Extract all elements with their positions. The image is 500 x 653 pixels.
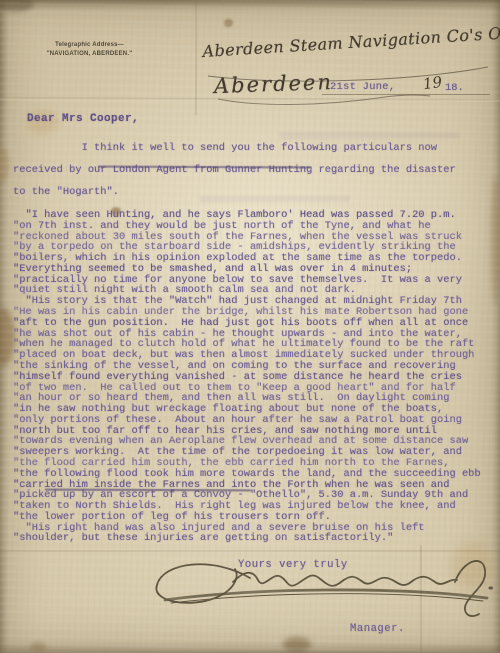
typed-line: "the following flood took him more towar… [13,469,481,480]
letterhead-flourish [196,32,496,110]
typed-line: "aft to the gun position. He had just go… [13,318,481,329]
telegraphic-address-value: "NAVIGATION, ABERDEEN." [27,50,152,59]
typed-line: to the "Hogarth". [13,181,456,203]
typed-line: "only portions of these. About an hour a… [13,415,481,426]
telegraphic-address-label: Telegraphic Address— [27,41,152,50]
typed-line: "the flood carried him south, the ebb ca… [13,458,481,469]
typed-line: I think it well to send you the followin… [13,137,456,159]
letter-page: Telegraphic Address— "NAVIGATION, ABERDE… [0,0,500,653]
typed-line: "when he managed to clutch hold of what … [13,339,481,350]
salutation: Dear Mrs Cooper, [27,113,139,125]
intro-paragraph: I think it well to send you the followin… [13,137,456,204]
date-rule-line [322,94,490,95]
typed-line: "by a torpedo on the starboard side - am… [13,242,481,253]
paper-stain [30,642,46,652]
date-year-typed: 18. [445,82,464,94]
typed-line: received by our London Agent from Gunner… [13,159,456,181]
paper-stain [0,0,34,12]
date-day-month: 21st June, [330,81,395,93]
typed-line: "towards evening when an Aeroplane flew … [13,436,481,447]
signed-role-label: Manager. [350,623,405,635]
paper-stain [491,175,500,305]
signature-autograph [95,540,495,645]
typed-line: "of two men. He called out to them to "K… [13,383,481,394]
telegraphic-address-block: Telegraphic Address— "NAVIGATION, ABERDE… [27,41,152,59]
paper-stain [224,19,233,27]
typed-line: "He was in his cabin under the bridge, w… [13,307,481,318]
quoted-report-paragraphs: "I have seen Hunting, and he says Flambo… [13,210,481,544]
typed-line: "on 7th inst. and they would be just nor… [13,221,481,232]
date-year-printed: 19 [422,73,443,93]
paper-stain [0,148,9,182]
typed-line: "himself found everything vanished - at … [13,372,481,383]
